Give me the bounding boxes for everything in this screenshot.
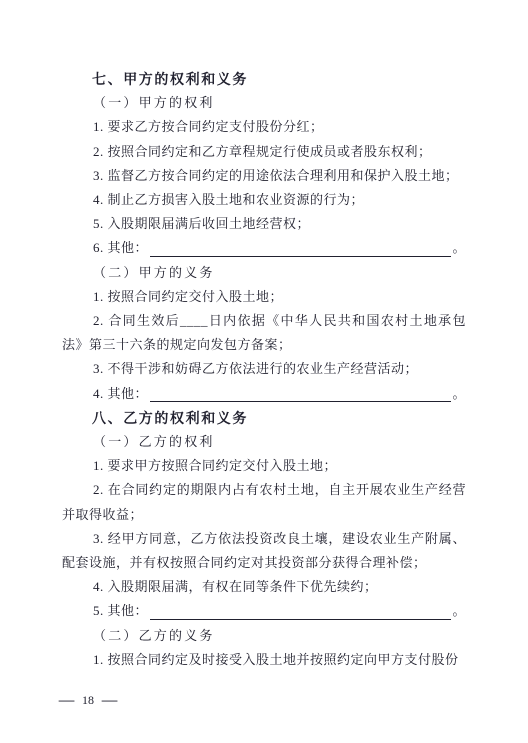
- section-heading: 七、甲方的权利和义务: [62, 67, 466, 91]
- clause-item: 3. 不得干涉和妨碍乙方依法进行的农业生产经营活动；: [62, 357, 466, 381]
- clause-item: 5. 入股期限届满后收回土地经营权；: [62, 212, 466, 236]
- clause-item: 2. 按照合同约定和乙方章程规定行使成员或者股东权利；: [62, 140, 466, 164]
- footer-left-dash: —: [59, 692, 75, 708]
- page-footer: — 18 —: [60, 692, 116, 708]
- blank-prefix: 6. 其他：: [93, 236, 148, 260]
- clause-item: 1. 要求乙方按合同约定支付股份分红；: [62, 115, 466, 139]
- footer-right-dash: —: [102, 692, 118, 708]
- contract-page: 七、甲方的权利和义务（一）甲方的权利1. 要求乙方按合同约定支付股份分红；2. …: [0, 0, 528, 743]
- clause-item: 3. 经甲方同意，乙方依法投资改良土壤，建设农业生产附属、配套设施，并有权按照合…: [62, 527, 466, 575]
- blank-suffix: 。: [452, 236, 466, 260]
- clause-item: 4. 入股期限届满，有权在同等条件下优先续约；: [62, 575, 466, 599]
- clause-item: 1. 要求甲方按照合同约定交付入股土地；: [62, 454, 466, 478]
- clause-item: 4. 制止乙方损害入股土地和农业资源的行为；: [62, 188, 466, 212]
- clause-item-with-blank: 5. 其他：。: [62, 599, 466, 623]
- blank-underline: [150, 619, 451, 620]
- blank-underline: [150, 256, 451, 257]
- blank-suffix: 。: [452, 599, 466, 623]
- clause-item-with-blank: 6. 其他：。: [62, 236, 466, 260]
- clause-subheading: （二）甲方的义务: [62, 261, 466, 285]
- clause-item: 2. 合同生效后____日内依据《中华人民共和国农村土地承包法》第三十六条的规定…: [62, 309, 466, 357]
- clause-item: 1. 按照合同约定交付入股土地；: [62, 285, 466, 309]
- blank-prefix: 5. 其他：: [93, 599, 148, 623]
- blank-underline: [150, 401, 451, 402]
- clause-subheading: （二）乙方的义务: [62, 624, 466, 648]
- section-heading: 八、乙方的权利和义务: [62, 406, 466, 430]
- document-body: 七、甲方的权利和义务（一）甲方的权利1. 要求乙方按合同约定支付股份分红；2. …: [62, 67, 466, 672]
- blank-suffix: 。: [452, 382, 466, 406]
- clause-subheading: （一）甲方的权利: [62, 91, 466, 115]
- clause-item: 2. 在合同约定的期限内占有农村土地，自主开展农业生产经营并取得收益；: [62, 478, 466, 526]
- clause-subheading: （一）乙方的权利: [62, 430, 466, 454]
- clause-item-with-blank: 4. 其他：。: [62, 382, 466, 406]
- page-number: 18: [82, 693, 94, 708]
- clause-item: 1. 按照合同约定及时接受入股土地并按照约定向甲方支付股份: [62, 648, 466, 672]
- blank-prefix: 4. 其他：: [93, 382, 148, 406]
- clause-item: 3. 监督乙方按合同约定的用途依法合理利用和保护入股土地；: [62, 164, 466, 188]
